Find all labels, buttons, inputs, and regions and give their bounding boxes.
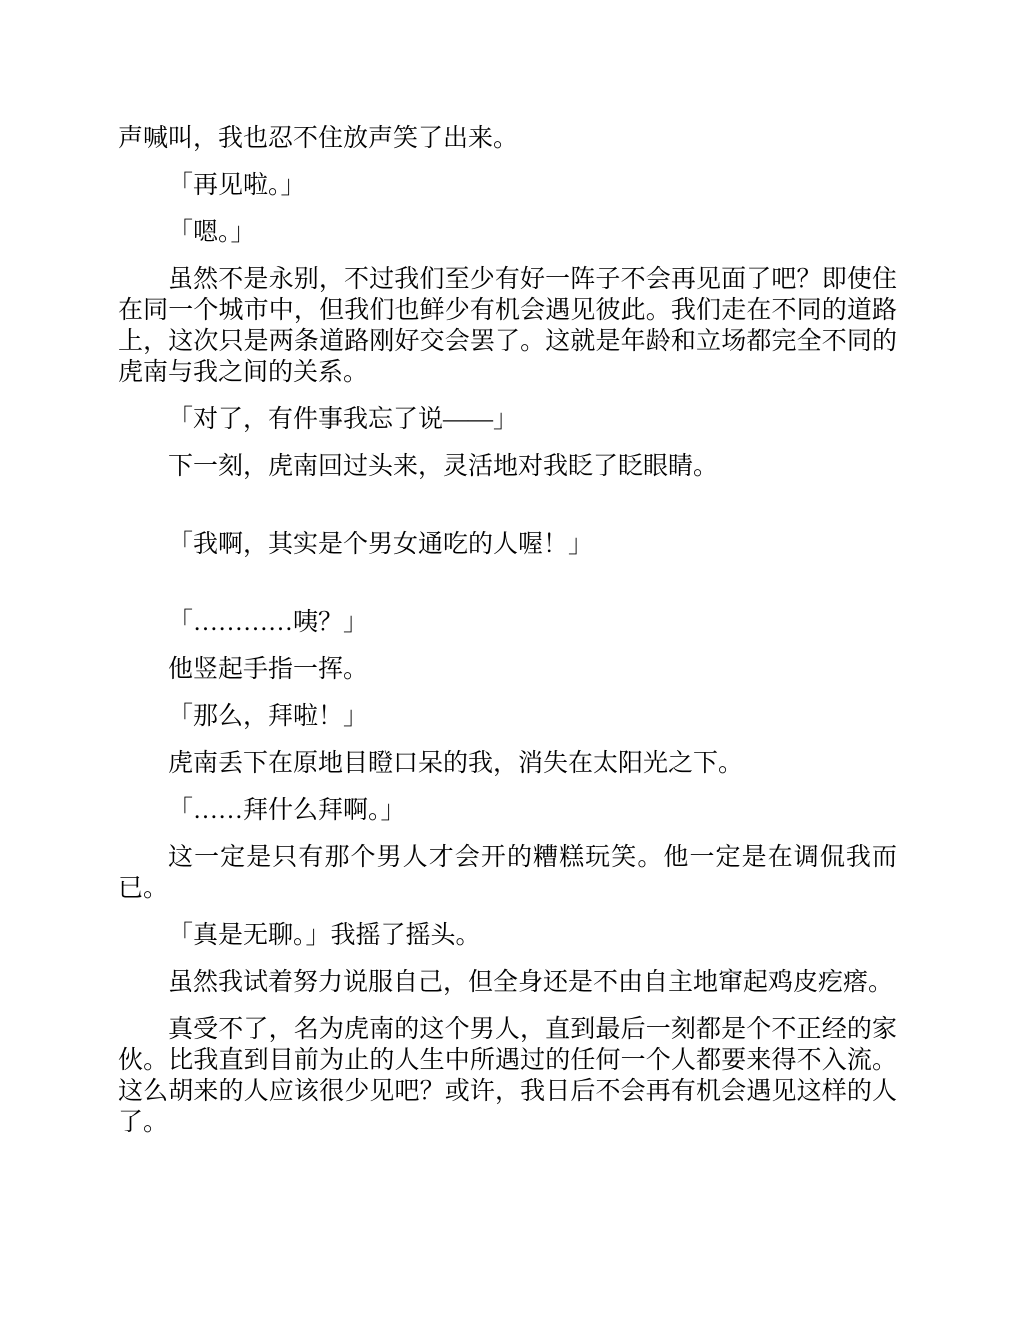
dialogue-line: 「那么，拜啦！」 [118,701,897,732]
dialogue-line: 「嗯。」 [118,217,897,248]
paragraph: 这一定是只有那个男人才会开的糟糕玩笑。他一定是在调侃我而已。 [118,842,897,904]
paragraph: 真受不了，名为虎南的这个男人，直到最后一刻都是个不正经的家伙。比我直到目前为止的… [118,1014,897,1138]
dialogue-line: 「对了，有件事我忘了说——」 [118,404,897,435]
paragraph: 他竖起手指一挥。 [118,654,897,685]
paragraph-continuation: 声喊叫，我也忍不住放声笑了出来。 [118,123,897,154]
dialogue-line: 「…………咦？」 [118,607,897,638]
dialogue-line: 「我啊，其实是个男女通吃的人喔！」 [118,529,897,560]
paragraph: 虽然我试着努力说服自己，但全身还是不由自主地窜起鸡皮疙瘩。 [118,967,897,998]
dialogue-line: 「真是无聊。」我摇了摇头。 [118,920,897,951]
paragraph: 虎南丢下在原地目瞪口呆的我，消失在太阳光之下。 [118,748,897,779]
dialogue-line: 「……拜什么拜啊。」 [118,795,897,826]
paragraph: 下一刻，虎南回过头来，灵活地对我眨了眨眼睛。 [118,451,897,482]
novel-page: 声喊叫，我也忍不住放声笑了出来。 「再见啦。」 「嗯。」 虽然不是永别，不过我们… [0,0,1020,1320]
dialogue-line: 「再见啦。」 [118,170,897,201]
paragraph: 虽然不是永别，不过我们至少有好一阵子不会再见面了吧？即使住在同一个城市中，但我们… [118,264,897,388]
